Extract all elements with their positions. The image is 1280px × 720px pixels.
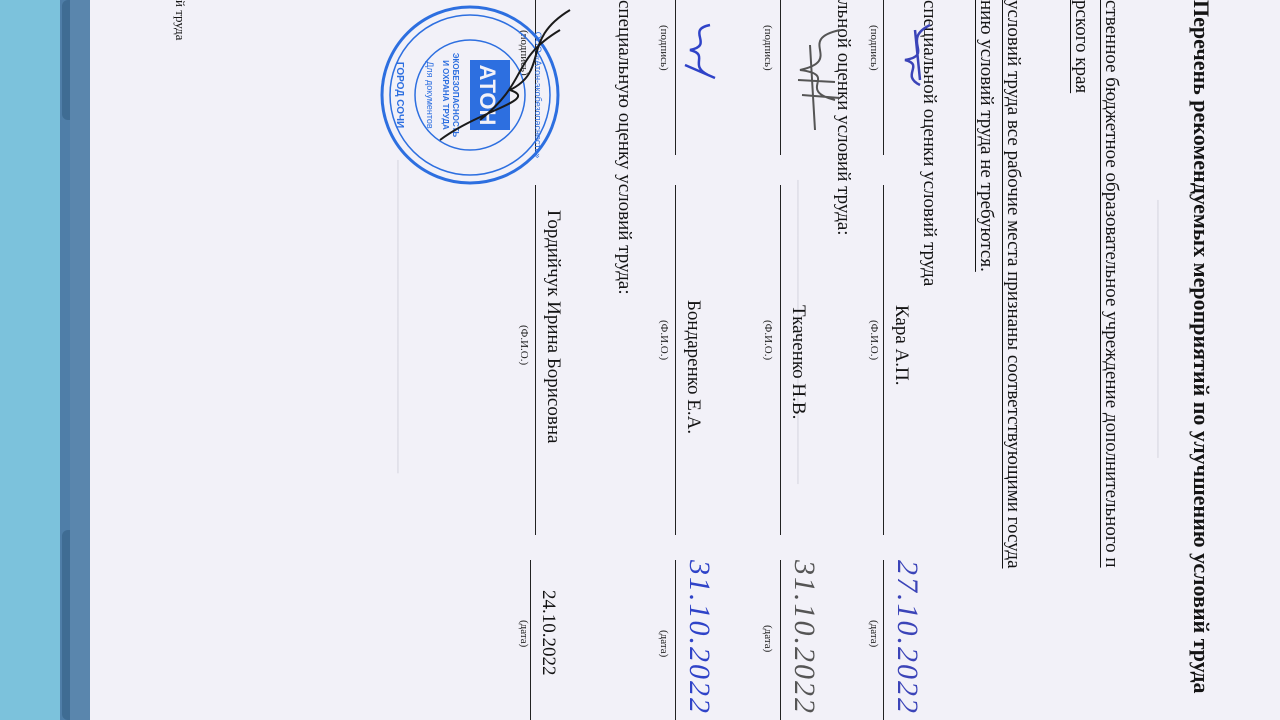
name-rule	[675, 185, 676, 535]
date-rule	[780, 560, 781, 720]
member-date-tkachenko: 31.10.2022	[787, 560, 821, 715]
chair-name: Кара А.П.	[890, 305, 912, 385]
chair-date: 27.10.2022	[890, 560, 924, 715]
signature-tkachenko	[790, 20, 850, 155]
conclusion-line-2: нию условий труда не требуются.	[975, 0, 997, 272]
fio-label: (Ф.И.О.)	[868, 320, 880, 360]
signature-rule	[780, 0, 781, 155]
stamp-city: ГОРОД СОЧИ	[394, 62, 405, 128]
fio-label: (Ф.И.О.)	[518, 325, 530, 365]
member-date-bondarenko: 31.10.2022	[682, 560, 716, 715]
conclusion-line-1: условий труда все рабочие места признаны…	[1002, 0, 1024, 569]
expert-date: 24.10.2022	[537, 590, 559, 676]
date-label: (дата)	[868, 620, 880, 647]
date-rule	[675, 560, 676, 720]
signature-rule	[675, 0, 676, 155]
name-rule	[883, 185, 884, 535]
organization-line-2: рского края	[1070, 0, 1092, 93]
signature-label: (подпись)	[868, 25, 880, 71]
date-rule	[883, 560, 884, 720]
expert-heading: специальную оценку условий труда:	[613, 0, 635, 295]
signature-kara	[890, 20, 940, 95]
scanned-page: ──────────────────────────── ───────────…	[90, 0, 1280, 720]
expert-name: Гордийчук Ирина Борисовна	[542, 210, 564, 443]
name-rule	[780, 185, 781, 535]
signature-rule	[883, 0, 884, 155]
fio-label: (Ф.И.О.)	[658, 320, 670, 360]
name-rule	[535, 185, 536, 535]
bleed-through-text: ──────────────────────────────────	[390, 160, 406, 473]
date-rule	[530, 560, 531, 720]
organization-line-1: ственное бюджетное образовательное учреж…	[1100, 0, 1122, 568]
expert-signature	[440, 10, 570, 140]
signature-bondarenko	[680, 20, 720, 85]
member-name-tkachenko: Ткаченко Н.В.	[787, 305, 809, 419]
signature-label: (подпись)	[762, 25, 774, 71]
date-label: (дата)	[518, 620, 530, 647]
fio-label: (Ф.И.О.)	[762, 320, 774, 360]
signature-label: (подпись)	[658, 25, 670, 71]
bleed-through-text: ────────────────────────────	[1150, 200, 1166, 458]
company-stamp: АТОН ЭКОБЕЗОПАСНОСТЬ И ОХРАНА ТРУДА Для …	[380, 0, 560, 200]
footer-fragment: й труда	[172, 0, 188, 40]
document-binding	[70, 0, 91, 720]
member-name-bondarenko: Бондаренко Е.А.	[682, 300, 704, 434]
date-label: (дата)	[658, 630, 670, 657]
document-title: Перечень рекомендуемых мероприятий по ул…	[1188, 0, 1214, 693]
date-label: (дата)	[762, 625, 774, 652]
